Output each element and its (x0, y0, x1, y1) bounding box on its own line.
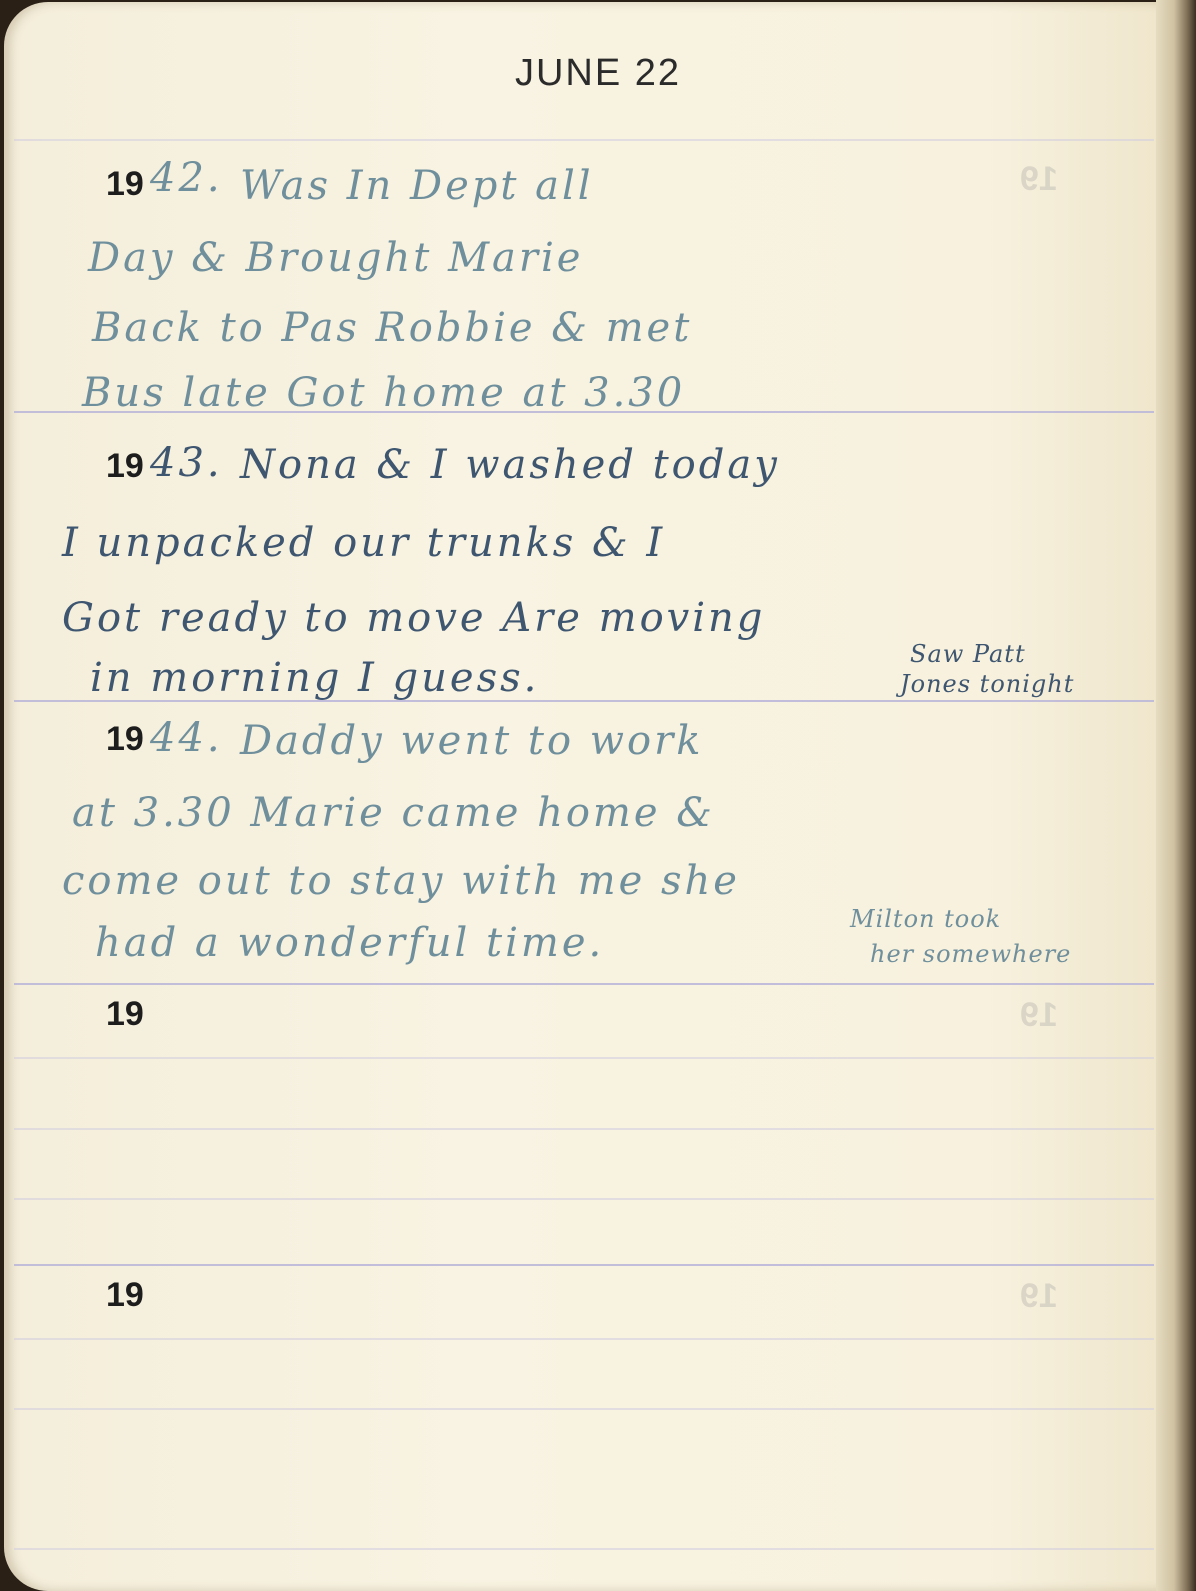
rule-line (14, 1198, 1154, 1200)
margin-note: Saw Patt (910, 640, 1026, 668)
year-label: 19 (106, 165, 144, 204)
rule-line (14, 1408, 1154, 1410)
entry-line: I unpacked our trunks & I (62, 520, 665, 566)
entry-line: Bus late Got home at 3.30 (82, 370, 685, 416)
entry-line: come out to stay with me she (62, 858, 740, 904)
entry-line: in morning I guess. (90, 655, 539, 701)
rule-line (14, 1338, 1154, 1340)
ghost-year-label: 19 (1020, 1277, 1058, 1316)
entry-line: Day & Brought Marie (88, 235, 583, 281)
entry-line: Daddy went to work (240, 718, 703, 764)
margin-note: her somewhere (870, 940, 1071, 968)
entry-line: Was In Dept all (240, 163, 594, 209)
rule-line (14, 1128, 1154, 1130)
entry-line: Back to Pas Robbie & met (92, 305, 692, 351)
entry-line: at 3.30 Marie came home & (72, 790, 715, 836)
rule-line (14, 139, 1154, 141)
margin-note: Milton took (850, 905, 1001, 933)
page-title: JUNE 22 (0, 52, 1196, 95)
rule-line (14, 1264, 1154, 1266)
year-label-empty: 19 (106, 1276, 144, 1315)
entry-line: had a wonderful time. (95, 920, 604, 966)
rule-line (14, 1548, 1154, 1550)
year-label-empty: 19 (106, 995, 144, 1034)
ghost-year-label: 19 (1020, 160, 1058, 199)
entry-line: Nona & I washed today (240, 442, 780, 488)
ghost-year-label: 19 (1020, 996, 1058, 1035)
year-label: 19 (106, 447, 144, 486)
year-suffix: 44. (150, 715, 223, 761)
rule-line (14, 983, 1154, 985)
rule-line (14, 1057, 1154, 1059)
entry-line: Got ready to move Are moving (62, 595, 765, 641)
year-suffix: 42. (150, 155, 223, 201)
year-label: 19 (106, 720, 144, 759)
margin-note: Jones tonight (900, 670, 1074, 698)
year-suffix: 43. (150, 440, 223, 486)
page-binding-edge (1156, 0, 1196, 1591)
